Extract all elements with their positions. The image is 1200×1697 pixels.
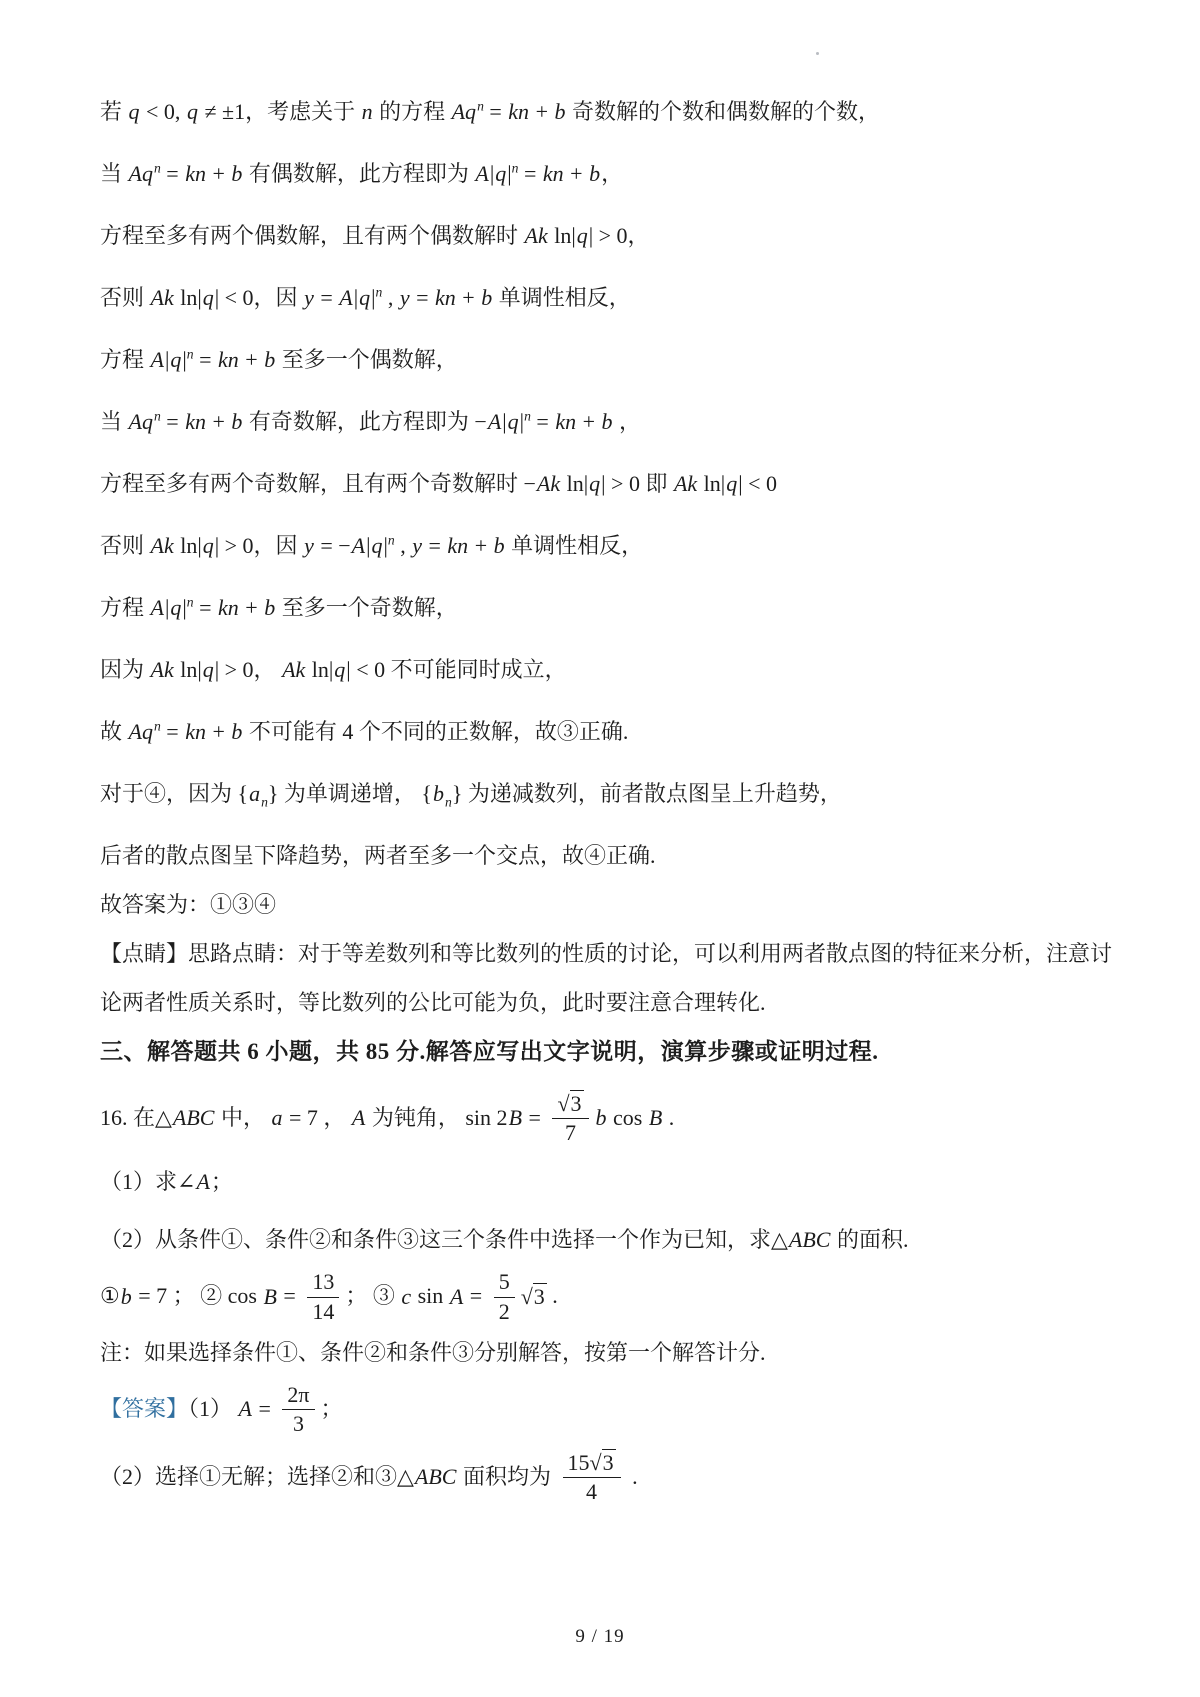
math-variable: b [263, 595, 276, 620]
text-run: 4 [586, 1479, 597, 1504]
text-run: 否则 [100, 285, 150, 310]
text-run: . [663, 1105, 674, 1130]
text-run: + [469, 533, 492, 558]
math-variable: q [576, 223, 589, 248]
text-line: （2）选择①无解；选择②和③△ABC 面积均为 15√34 . [100, 1452, 1118, 1506]
math-variable: Ak [673, 471, 698, 496]
text-run: 有奇数解，此方程即为 − [243, 409, 486, 434]
math-variable: b [230, 161, 243, 186]
text-run: cos [608, 1105, 648, 1130]
math-variable: B [508, 1105, 523, 1130]
text-run: 论两者性质关系时，等比数列的公比可能为负，此时要注意合理转化. [100, 990, 766, 1015]
math-variable: q [169, 595, 182, 620]
math-variable: a [271, 1105, 284, 1130]
text-run: + [207, 719, 230, 744]
text-run: } 为递减数列，前者散点图呈上升趋势， [452, 781, 842, 806]
text-run: = [194, 595, 217, 620]
math-subscript: n [261, 794, 268, 809]
math-variable: y [399, 285, 411, 310]
radical: √3 [557, 1092, 583, 1116]
text-run: | > 0， [589, 223, 650, 248]
math-variable: kn [184, 161, 207, 186]
math-variable: n [361, 99, 374, 124]
text-run: 后者的散点图呈下降趋势，两者至多一个交点，故④正确. [100, 843, 656, 868]
math-variable: kn [184, 719, 207, 744]
text-run: = [423, 533, 446, 558]
math-variable: kn [184, 409, 207, 434]
text-run: 的面积. [831, 1227, 908, 1252]
math-variable: q [169, 347, 182, 372]
math-variable: kn [542, 161, 565, 186]
text-run: = [194, 347, 217, 372]
text-line: 【答案】（1） A = 2π3； [100, 1384, 1118, 1438]
text-line: 方程 A|q|n = kn + b 至多一个奇数解， [100, 593, 1118, 623]
fraction-denominator: 2 [494, 1298, 515, 1324]
math-variable: b [601, 409, 614, 434]
math-variable: B [648, 1105, 663, 1130]
text-line: 【点睛】思路点睛：对于等差数列和等比数列的性质的讨论，可以利用两者散点图的特征来… [100, 939, 1118, 969]
text-line: 若 q < 0, q ≠ ±1，考虑关于 n 的方程 Aqn = kn + b … [100, 97, 1118, 127]
text-line: 注：如果选择条件①、条件②和条件③分别解答，按第一个解答计分. [100, 1338, 1118, 1368]
fraction-denominator: 7 [560, 1119, 581, 1145]
text-run: + [240, 347, 263, 372]
text-run: ， [601, 161, 623, 186]
text-run: | > 0，因 [215, 533, 303, 558]
text-run: + [577, 409, 600, 434]
text-run: 不可能有 4 个不同的正数解，故③正确. [243, 719, 628, 744]
text-run: ln| [698, 471, 725, 496]
text-line: 当 Aqn = kn + b 有奇数解，此方程即为 −A|q|n = kn + … [100, 407, 1118, 437]
text-run: | > 0， [215, 657, 281, 682]
text-run: = [518, 161, 541, 186]
math-superscript: n [187, 595, 194, 610]
text-run: = [161, 161, 184, 186]
stray-mark [816, 52, 819, 55]
text-run: = [411, 285, 434, 310]
text-run: = [161, 409, 184, 434]
fraction-numerator: 2π [282, 1382, 314, 1410]
text-line: 故 Aqn = kn + b 不可能有 4 个不同的正数解，故③正确. [100, 717, 1118, 747]
math-variable: A [487, 409, 502, 434]
math-variable: b [588, 161, 601, 186]
text-line: 16. 在△ABC 中， a = 7 ， A 为钝角， sin 2B = √37… [100, 1093, 1118, 1147]
text-run: 因为 [100, 657, 150, 682]
math-subscript: n [445, 794, 452, 809]
text-line: 方程 A|q|n = kn + b 至多一个偶数解， [100, 345, 1118, 375]
text-run: = 7 ； ② cos [133, 1284, 263, 1309]
math-variable: Ak [150, 285, 175, 310]
fraction-numerator: 15√3 [563, 1450, 621, 1478]
text-run: 2 [499, 1299, 510, 1324]
math-variable: A [351, 533, 366, 558]
fraction-denominator: 4 [581, 1478, 602, 1504]
text-run: ， [614, 409, 642, 434]
text-run: + [207, 161, 230, 186]
text-run: . [627, 1464, 638, 1489]
text-run: = [161, 719, 184, 744]
text-run: 当 [100, 161, 128, 186]
text-line: 方程至多有两个奇数解，且有两个奇数解时 −Ak ln|q| > 0 即 Ak l… [100, 469, 1118, 499]
text-run: 方程 [100, 595, 150, 620]
math-variable: q [494, 161, 507, 186]
math-superscript: n [154, 409, 161, 424]
text-run: 的方程 [374, 99, 451, 124]
radicand: 3 [533, 1283, 547, 1309]
text-run: 故 [100, 719, 128, 744]
math-variable: q [333, 657, 346, 682]
text-line: ①b = 7 ； ② cos B = 1314； ③ c sin A = 52√… [100, 1271, 1118, 1325]
text-run: 注：如果选择条件①、条件②和条件③分别解答，按第一个解答计分. [100, 1340, 766, 1365]
math-superscript: n [388, 533, 395, 548]
math-variable: A [474, 161, 489, 186]
text-line: （1）求∠A； [100, 1167, 1118, 1197]
text-run: 方程 [100, 347, 150, 372]
text-run: + [207, 409, 230, 434]
math-variable: Aq [451, 99, 477, 124]
fraction: 52 [494, 1269, 515, 1323]
math-variable: Ak [524, 223, 549, 248]
text-run: | < 0 不可能同时成立， [346, 657, 566, 682]
text-line: 对于④，因为 {an} 为单调递增， {bn} 为递减数列，前者散点图呈上升趋势… [100, 779, 1118, 809]
text-run: + [530, 99, 553, 124]
text-run: 奇数解的个数和偶数解的个数， [566, 99, 880, 124]
text-run: 13 [312, 1269, 334, 1294]
radical-sign: √ [590, 1450, 602, 1475]
text-run: = 7 ， [284, 1105, 351, 1130]
fraction: 15√34 [563, 1450, 621, 1504]
text-run: = [531, 409, 554, 434]
text-run: + [457, 285, 480, 310]
math-variable: kn [507, 99, 530, 124]
math-variable: ABC [172, 1105, 216, 1130]
math-variable: A [195, 1169, 210, 1194]
text-run: （1） [188, 1396, 238, 1421]
math-variable: b [432, 781, 445, 806]
math-variable: Aq [128, 719, 154, 744]
math-variable: y [411, 533, 423, 558]
text-run: = [278, 1284, 301, 1309]
text-run: 7 [565, 1120, 576, 1145]
math-variable: q [588, 471, 601, 496]
radicand: 3 [570, 1090, 584, 1116]
text-run: | [502, 409, 506, 434]
text-run: 2π [287, 1382, 309, 1407]
math-variable: A [238, 1396, 253, 1421]
text-run: = [315, 285, 338, 310]
text-run: + [565, 161, 588, 186]
text-run: + [240, 595, 263, 620]
text-run: ； ③ [345, 1284, 400, 1309]
text-run: | < 0 [738, 471, 777, 496]
text-run: 面积均为 [457, 1464, 556, 1489]
text-run: ln| [175, 285, 202, 310]
math-variable: ABC [788, 1227, 832, 1252]
text-run: 16. 在△ [100, 1105, 172, 1130]
text-run: （1）求∠ [100, 1169, 195, 1194]
math-variable: b [493, 533, 506, 558]
document-page: 若 q < 0, q ≠ ±1，考虑关于 n 的方程 Aqn = kn + b … [0, 0, 1200, 1697]
math-variable: A [338, 285, 353, 310]
math-variable: kn [217, 595, 240, 620]
math-variable: y [303, 533, 315, 558]
text-run: | > 0 即 [601, 471, 673, 496]
math-variable: y [303, 285, 315, 310]
math-variable: Aq [128, 409, 154, 434]
math-variable: b [553, 99, 566, 124]
fraction-numerator: 5 [494, 1269, 515, 1297]
radicand: 3 [602, 1449, 616, 1475]
text-line: 否则 Ak ln|q| > 0，因 y = −A|q|n , y = kn + … [100, 531, 1118, 561]
math-variable: Ak [536, 471, 561, 496]
text-run: 单调性相反， [493, 285, 631, 310]
text-run: 单调性相反， [506, 533, 644, 558]
math-variable: kn [434, 285, 457, 310]
math-superscript: n [154, 161, 161, 176]
text-run: ln| [306, 657, 333, 682]
math-variable: Ak [150, 533, 175, 558]
text-run: ln| [175, 533, 202, 558]
text-run: （2）选择①无解；选择②和③△ [100, 1464, 414, 1489]
text-run: 方程至多有两个偶数解，且有两个偶数解时 [100, 223, 524, 248]
text-run: = − [315, 533, 351, 558]
math-variable: q [358, 285, 371, 310]
math-variable: b [595, 1105, 608, 1130]
text-run: | [366, 533, 370, 558]
text-run: < 0, [141, 99, 186, 124]
math-variable: A [351, 1105, 366, 1130]
text-run: （2）从条件①、条件②和条件③这三个条件中选择一个作为已知，求△ [100, 1227, 788, 1252]
text-line: 方程至多有两个偶数解，且有两个偶数解时 Ak ln|q| > 0， [100, 221, 1118, 251]
text-run: = [484, 99, 507, 124]
math-variable: a [248, 781, 261, 806]
math-variable: c [400, 1284, 412, 1309]
text-line: 论两者性质关系时，等比数列的公比可能为负，此时要注意合理转化. [100, 988, 1118, 1018]
math-variable: q [507, 409, 520, 434]
text-run: 当 [100, 409, 128, 434]
text-run: 否则 [100, 533, 150, 558]
math-variable: B [262, 1284, 277, 1309]
text-run: 【点睛】思路点睛：对于等差数列和等比数列的性质的讨论，可以利用两者散点图的特征来… [100, 941, 1112, 966]
math-variable: kn [217, 347, 240, 372]
math-variable: A [449, 1284, 464, 1309]
page-number: 9 / 19 [0, 1626, 1200, 1648]
math-variable: b [480, 285, 493, 310]
answer-label: 【答案】 [100, 1396, 188, 1421]
text-line: 否则 Ak ln|q| < 0，因 y = A|q|n , y = kn + b… [100, 283, 1118, 313]
text-run: 有偶数解，此方程即为 [243, 161, 474, 186]
text-run: 5 [499, 1269, 510, 1294]
text-run: 中， [215, 1105, 270, 1130]
document-body: 若 q < 0, q ≠ ±1，考虑关于 n 的方程 Aqn = kn + b … [0, 0, 1200, 1507]
math-superscript: n [187, 347, 194, 362]
fraction: 2π3 [282, 1382, 314, 1436]
fraction-numerator: √3 [552, 1091, 588, 1119]
fraction-denominator: 14 [307, 1298, 339, 1324]
text-line: 因为 Ak ln|q| > 0， Ak ln|q| < 0 不可能同时成立， [100, 655, 1118, 685]
text-run: = [523, 1105, 546, 1130]
math-variable: Aq [128, 161, 154, 186]
math-variable: b [230, 409, 243, 434]
text-run: ① [100, 1284, 120, 1309]
radical-sign: √ [521, 1284, 533, 1309]
math-variable: A [150, 595, 165, 620]
text-run: ln| [175, 657, 202, 682]
text-run: ln| [561, 471, 588, 496]
math-variable: ABC [414, 1464, 458, 1489]
text-run: sin [412, 1284, 449, 1309]
text-run: 至多一个偶数解， [276, 347, 458, 372]
text-run: . [547, 1284, 558, 1309]
text-run: , [382, 285, 399, 310]
fraction-numerator: 13 [307, 1269, 339, 1297]
text-line: 当 Aqn = kn + b 有偶数解，此方程即为 A|q|n = kn + b… [100, 159, 1118, 189]
math-superscript: n [154, 719, 161, 734]
text-run: 对于④，因为 { [100, 781, 248, 806]
math-variable: q [202, 533, 215, 558]
fraction: √37 [552, 1091, 588, 1145]
math-variable: Ak [281, 657, 306, 682]
fraction-denominator: 3 [288, 1410, 309, 1436]
text-run: 若 [100, 99, 128, 124]
text-run: ； [211, 1169, 233, 1194]
text-line: （2）从条件①、条件②和条件③这三个条件中选择一个作为已知，求△ABC 的面积. [100, 1225, 1118, 1255]
text-run: 为钝角， sin 2 [366, 1105, 507, 1130]
math-variable: A [150, 347, 165, 372]
radical: √3 [590, 1451, 616, 1475]
math-variable: Ak [150, 657, 175, 682]
math-variable: b [120, 1284, 133, 1309]
text-run: 14 [312, 1299, 334, 1324]
text-line: 后者的散点图呈下降趋势，两者至多一个交点，故④正确. [100, 841, 1118, 871]
text-run: ； [321, 1396, 343, 1421]
text-run: } 为单调递增， { [268, 781, 432, 806]
text-run: 至多一个奇数解， [276, 595, 458, 620]
math-variable: kn [446, 533, 469, 558]
text-run: ln| [549, 223, 576, 248]
text-run: = [464, 1284, 487, 1309]
math-superscript: n [477, 99, 484, 114]
math-variable: b [230, 719, 243, 744]
math-variable: q [128, 99, 141, 124]
text-line: 故答案为：①③④ [100, 890, 1118, 920]
math-variable: b [263, 347, 276, 372]
math-variable: kn [554, 409, 577, 434]
fraction: 1314 [307, 1269, 339, 1323]
radical-sign: √ [557, 1091, 569, 1116]
math-variable: q [371, 533, 384, 558]
text-run: , [395, 533, 412, 558]
math-superscript: n [524, 409, 531, 424]
math-variable: q [202, 285, 215, 310]
text-run: 方程至多有两个奇数解，且有两个奇数解时 − [100, 471, 536, 496]
radical: √3 [521, 1282, 547, 1312]
math-variable: q [186, 99, 199, 124]
text-run: ≠ ±1，考虑关于 [199, 99, 361, 124]
text-run: 3 [293, 1411, 304, 1436]
math-variable: q [202, 657, 215, 682]
text-run: 三、解答题共 6 小题，共 85 分.解答应写出文字说明，演算步骤或证明过程. [100, 1039, 879, 1064]
section-heading: 三、解答题共 6 小题，共 85 分.解答应写出文字说明，演算步骤或证明过程. [100, 1037, 1118, 1067]
math-variable: q [725, 471, 738, 496]
text-run: = [253, 1396, 276, 1421]
text-run: 故答案为：①③④ [100, 892, 276, 917]
text-run: | < 0，因 [215, 285, 303, 310]
text-run: 15 [568, 1450, 590, 1475]
